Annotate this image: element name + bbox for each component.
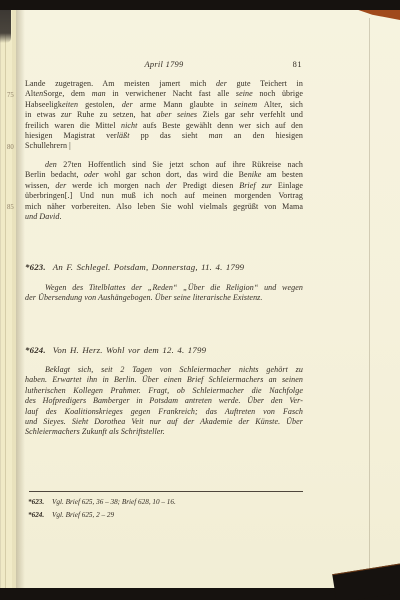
entry-623-title: An F. Schlegel. Potsdam, Donnerstag, 11.…: [53, 262, 244, 272]
text-line: überbringen[.] Und nun muß ich noch auf …: [25, 191, 303, 201]
entry-624-number: *624.: [25, 345, 46, 355]
margin-line-number-85: 85: [7, 203, 21, 213]
text-line: lutherischen Kollegen Prahmer. Fragt, ob…: [25, 386, 303, 396]
footnote-623-text: Vgl. Brief 625, 36 – 38; Brief 628, 10 –…: [52, 498, 176, 506]
book-page: April 1799 81 75 80 85 Lande zugetragen.…: [0, 10, 400, 588]
text-line: des Hofpredigers Bamberger in Potsdam an…: [25, 396, 303, 406]
letter-paragraph-2: den 27ten Hoffentlich sind Sie jetzt sch…: [25, 160, 303, 222]
entry-624-title: Von H. Herz. Wohl vor dem 12. 4. 1799: [53, 345, 206, 355]
text-line: Schullehrern |: [25, 141, 303, 151]
running-header: April 1799 81: [25, 59, 303, 70]
text-line: in etwas zur Ruhe zu setzen, hat aber se…: [25, 110, 303, 120]
text-line: der Übersendung von Aushängebogen. Über …: [25, 293, 303, 303]
footnote-623: *623.Vgl. Brief 625, 36 – 38; Brief 628,…: [28, 498, 310, 507]
page-number: 81: [293, 59, 302, 70]
text-line: hiesigen Magistrat verläßt pp das sieht …: [25, 131, 303, 141]
entry-624-heading: *624.Von H. Herz. Wohl vor dem 12. 4. 17…: [25, 345, 303, 356]
footnote-623-label: *623.: [28, 498, 52, 507]
footnote-separator-rule: [29, 491, 303, 492]
entry-623-heading: *623.An F. Schlegel. Potsdam, Donnerstag…: [25, 262, 303, 273]
text-line: Berlin bedacht, oder wohl gar schon dort…: [25, 170, 303, 180]
scanned-book-page-photo: April 1799 81 75 80 85 Lande zugetragen.…: [0, 0, 400, 600]
text-line: haben. Erwartet ihn in Berlin. Über eine…: [25, 375, 303, 385]
text-line: den 27ten Hoffentlich sind Sie jetzt sch…: [25, 160, 303, 170]
text-line: wissen, der werde ich morgen nach der Pr…: [25, 181, 303, 191]
book-cover-top-edge: [0, 0, 400, 10]
text-line: lauf des Koalitionskrieges gegen Frankre…: [25, 407, 303, 417]
footnote-624-label: *624.: [28, 511, 52, 520]
text-line: Schleiermachers Zukunft als Schriftstell…: [25, 427, 303, 437]
entry-623-summary: Wegen des Titelblattes der „Reden“ „Über…: [25, 283, 303, 304]
letter-paragraph-1: Lande zugetragen. Am meisten jamert mich…: [25, 79, 303, 152]
text-line: freilich waren die Mittel nicht aufs Bes…: [25, 121, 303, 131]
text-line: Beklagt sich, seit 2 Tagen von Schleierm…: [25, 365, 303, 375]
margin-line-number-75: 75: [7, 91, 21, 101]
text-line: mich näher vorbereiten. Also leben Sie w…: [25, 202, 303, 212]
text-line: Lande zugetragen. Am meisten jamert mich…: [25, 79, 303, 89]
entry-624-summary: Beklagt sich, seit 2 Tagen von Schleierm…: [25, 365, 303, 438]
text-line: und Sieyes. Sieht Dorothea Veit nur auf …: [25, 417, 303, 427]
text-line: Wegen des Titelblattes der „Reden“ „Über…: [25, 283, 303, 293]
text-line: AltenSorge, dem man in verwichener Nacht…: [25, 89, 303, 99]
footnote-624-text: Vgl. Brief 625, 2 – 29: [52, 511, 114, 519]
text-line: Habseeligkeiten gestolen, der arme Mann …: [25, 100, 303, 110]
printed-content: April 1799 81 75 80 85 Lande zugetragen.…: [0, 10, 400, 588]
entry-623-number: *623.: [25, 262, 46, 272]
running-header-date: April 1799: [25, 59, 303, 70]
margin-line-number-80: 80: [7, 143, 21, 153]
text-line: und David.: [25, 212, 303, 222]
footnote-624: *624.Vgl. Brief 625, 2 – 29: [28, 511, 310, 520]
